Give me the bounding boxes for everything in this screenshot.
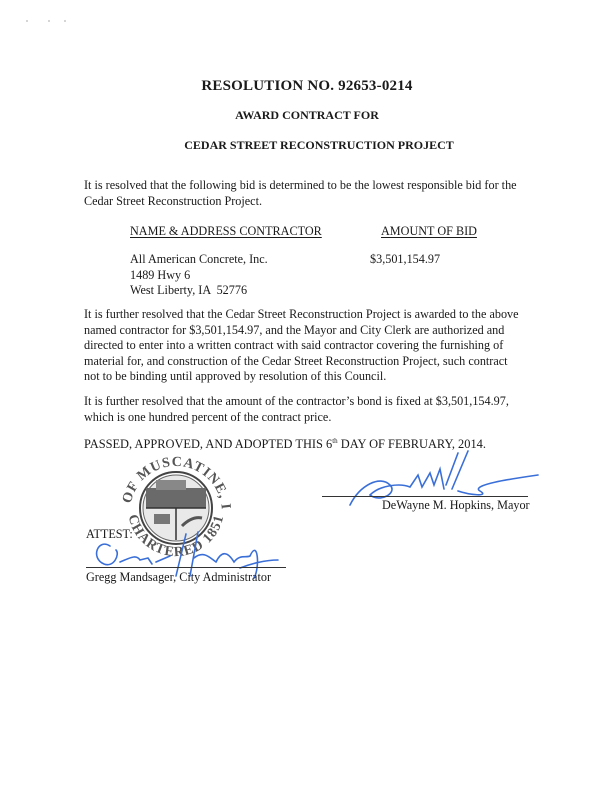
paragraph-line: material for, and construction of the Ce… bbox=[84, 354, 524, 370]
paragraph-line: directed to enter into a written contrac… bbox=[84, 338, 524, 354]
contractor-address-line: West Liberty, IA 52776 bbox=[130, 283, 268, 299]
paragraph-line: Cedar Street Reconstruction Project. bbox=[84, 194, 524, 210]
administrator-name: Gregg Mandsager, City Administrator bbox=[86, 570, 271, 585]
paragraph-line: It is further resolved that the Cedar St… bbox=[84, 307, 524, 323]
paragraph-line: It is further resolved that the amount o… bbox=[84, 394, 524, 410]
document-page: RESOLUTION NO. 92653-0214 AWARD CONTRACT… bbox=[0, 0, 614, 800]
scan-specks bbox=[20, 20, 80, 24]
paragraph-line: It is resolved that the following bid is… bbox=[84, 178, 524, 194]
paragraph-line: which is one hundred percent of the cont… bbox=[84, 410, 524, 426]
resolution-subtitle: AWARD CONTRACT FOR bbox=[0, 108, 614, 123]
mayor-signature-line bbox=[322, 496, 528, 497]
amount-column-header: AMOUNT OF BID bbox=[381, 224, 477, 240]
contractor-address-line: 1489 Hwy 6 bbox=[130, 268, 268, 284]
contractor-column-header: NAME & ADDRESS CONTRACTOR bbox=[130, 224, 322, 240]
paragraph-lowest-bid: It is resolved that the following bid is… bbox=[84, 178, 524, 209]
resolution-title: RESOLUTION NO. 92653-0214 bbox=[0, 78, 614, 95]
paragraph-award: It is further resolved that the Cedar St… bbox=[84, 307, 524, 385]
paragraph-line: not to be binding until approved by reso… bbox=[84, 369, 524, 385]
bid-amount: $3,501,154.97 bbox=[370, 252, 440, 268]
contractor-name: All American Concrete, Inc. bbox=[130, 252, 268, 268]
paragraph-line: named contractor for $3,501,154.97, and … bbox=[84, 323, 524, 339]
mayor-name: DeWayne M. Hopkins, Mayor bbox=[382, 498, 530, 513]
contractor-address-block: All American Concrete, Inc. 1489 Hwy 6 W… bbox=[130, 252, 268, 299]
administrator-signature-line bbox=[86, 567, 286, 568]
paragraph-bond: It is further resolved that the amount o… bbox=[84, 394, 524, 425]
project-title: CEDAR STREET RECONSTRUCTION PROJECT bbox=[12, 138, 614, 153]
